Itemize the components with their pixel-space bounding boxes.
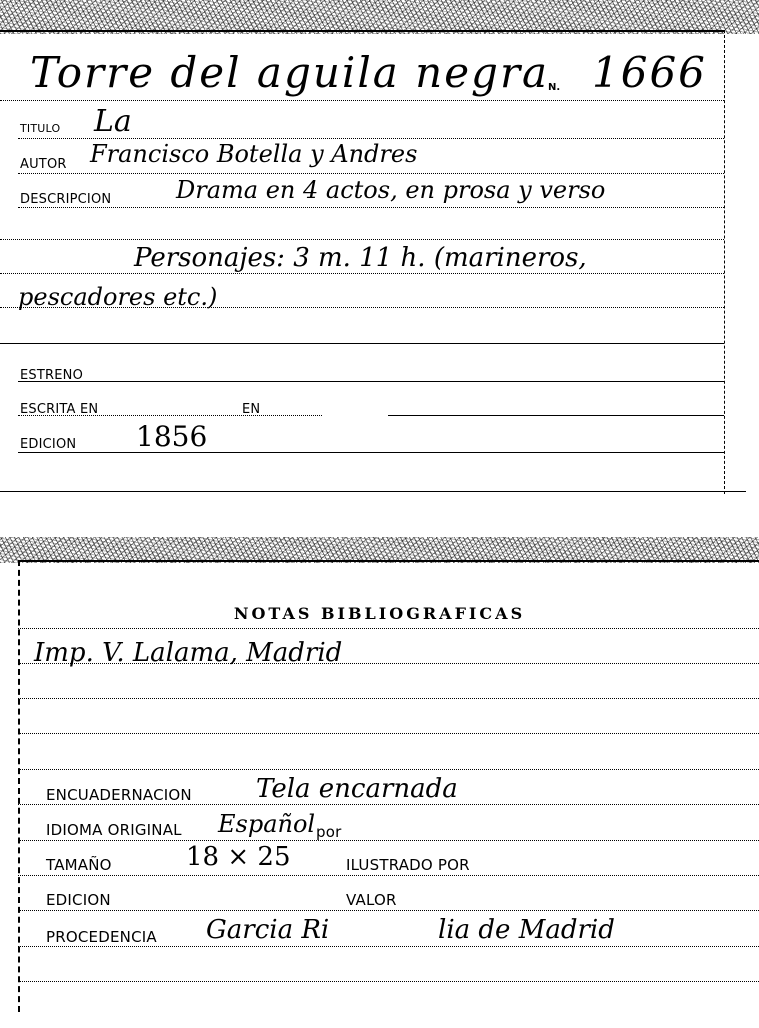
- rule: [0, 239, 724, 240]
- card-bottom-edge: [0, 491, 746, 492]
- rule: [18, 875, 759, 876]
- edicion-value: 1856: [136, 420, 207, 453]
- rule: [18, 804, 759, 805]
- rule: [18, 946, 759, 947]
- titulo-value: La: [94, 104, 132, 139]
- rule: [18, 415, 322, 416]
- encuadernacion-label: ENCUADERNACION: [46, 786, 192, 804]
- rule: [18, 769, 759, 770]
- descripcion-value: Drama en 4 actos, en prosa y verso: [176, 176, 605, 204]
- idioma-original-value: Español: [218, 810, 315, 838]
- autor-value: Francisco Botella y Andres: [90, 140, 417, 168]
- personajes-line1: Personajes: 3 m. 11 h. (marineros,: [134, 243, 587, 273]
- rule: [0, 343, 724, 344]
- catalog-number: 1666: [592, 48, 707, 97]
- title-handwritten: Torre del aguila negra: [30, 48, 549, 97]
- rule: [0, 273, 724, 274]
- rule: [18, 910, 759, 911]
- scan-noise-top: [0, 0, 759, 34]
- tamano-label: TAMAÑO: [46, 856, 112, 874]
- rule: [18, 452, 724, 453]
- rule: [18, 628, 759, 629]
- idioma-original-label: IDIOMA ORIGINAL: [46, 821, 182, 839]
- rule: [0, 307, 724, 308]
- encuadernacion-value: Tela encarnada: [256, 774, 458, 804]
- edicion-label: EDICION: [20, 437, 76, 452]
- por-label: por: [316, 823, 341, 841]
- procedencia-value: Garcia Ri: [206, 915, 329, 945]
- tamano-value: 18 × 25: [186, 842, 290, 872]
- descripcion-label: DESCRIPCION: [20, 192, 111, 207]
- procedencia-label: PROCEDENCIA: [46, 928, 157, 946]
- edicion-label-lower: EDICION: [46, 891, 111, 909]
- rule: [388, 415, 724, 416]
- procedencia-value-cont: lia de Madrid: [438, 915, 615, 945]
- number-label: N.: [548, 82, 560, 93]
- titulo-label: TITULO: [20, 122, 60, 135]
- rule: [18, 173, 724, 174]
- autor-label: AUTOR: [20, 157, 67, 172]
- rule: [18, 698, 759, 699]
- rule: [18, 840, 759, 841]
- section-title: NOTAS BIBLIOGRAFICAS: [0, 604, 759, 623]
- rule: [0, 100, 724, 101]
- rule: [18, 981, 759, 982]
- rule: [18, 138, 724, 139]
- rule: [18, 663, 759, 664]
- rule: [18, 381, 724, 382]
- rule: [18, 733, 759, 734]
- ilustrado-por-label: ILUSTRADO POR: [346, 856, 470, 874]
- valor-label: VALOR: [346, 891, 397, 909]
- rule: [18, 207, 724, 208]
